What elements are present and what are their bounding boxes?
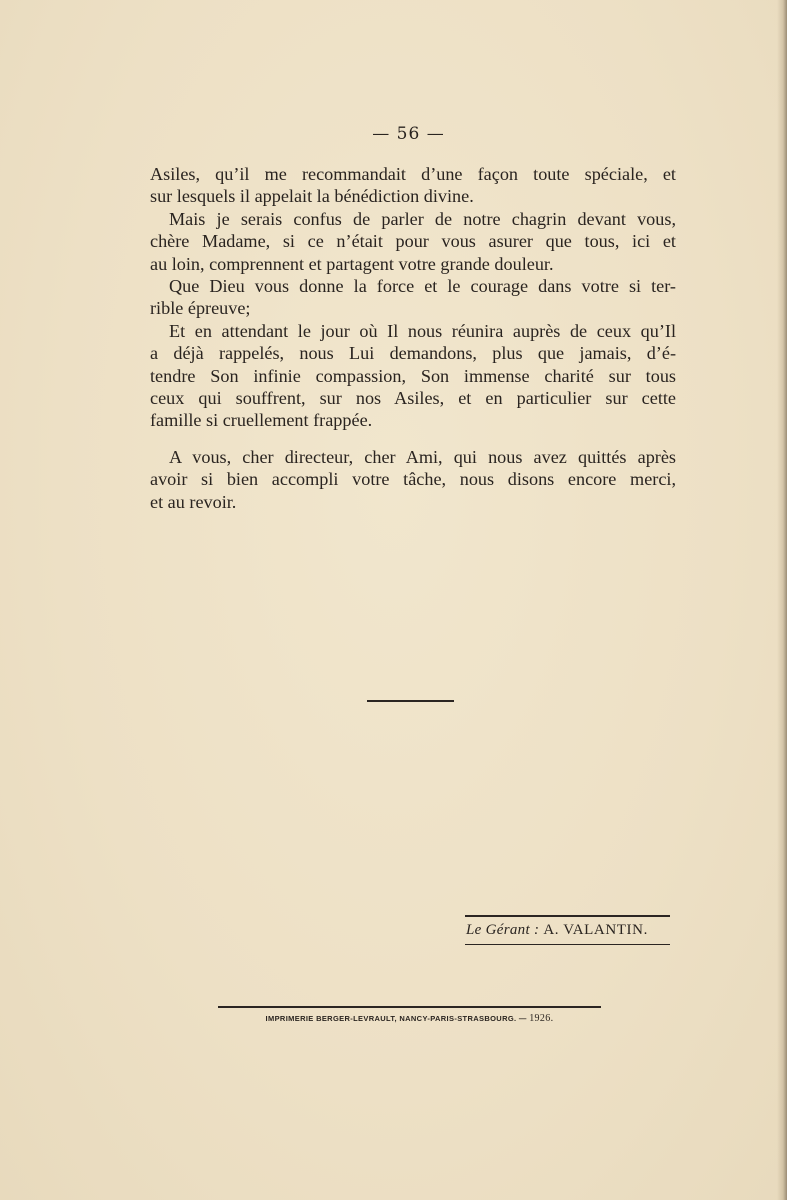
signature-bottom-rule bbox=[465, 944, 670, 946]
paragraph: Et en attendant le jour où Il nous réuni… bbox=[150, 320, 676, 432]
text-line: ceux qui souffrent, sur nos Asiles, et e… bbox=[150, 387, 676, 409]
text-line: chère Madame, si ce n’était pour vous as… bbox=[150, 230, 676, 252]
printer-colophon: IMPRIMERIE BERGER-LEVRAULT, NANCY-PARIS-… bbox=[218, 1006, 601, 1024]
paragraph: Mais je serais confus de parler de notre… bbox=[150, 208, 676, 275]
signature-block: Le Gérant : A. VALANTIN. bbox=[465, 915, 670, 945]
text-line: Asiles, qu’il me recommandait d’une faço… bbox=[150, 163, 676, 185]
text-line: sur lesquels il appelait la bénédiction … bbox=[150, 185, 676, 207]
text-line: rible épreuve; bbox=[150, 297, 676, 319]
page-number: — 56 — bbox=[0, 124, 787, 144]
document-page: — 56 — Asiles, qu’il me recommandait d’u… bbox=[0, 0, 787, 1200]
signature-role: Le Gérant : bbox=[466, 922, 539, 938]
paragraph: Que Dieu vous donne la force et le coura… bbox=[150, 275, 676, 320]
text-line: et au revoir. bbox=[150, 491, 676, 513]
colophon-text: IMPRIMERIE BERGER-LEVRAULT, NANCY-PARIS-… bbox=[218, 1008, 601, 1024]
body-text: Asiles, qu’il me recommandait d’une faço… bbox=[150, 163, 676, 513]
text-line: avoir si bien accompli votre tâche, nous… bbox=[150, 468, 676, 490]
signature-line: Le Gérant : A. VALANTIN. bbox=[465, 917, 670, 944]
text-line: famille si cruellement frappée. bbox=[150, 409, 676, 431]
text-line: Mais je serais confus de parler de notre… bbox=[150, 208, 676, 230]
text-line: Que Dieu vous donne la force et le coura… bbox=[150, 275, 676, 297]
paragraph: Asiles, qu’il me recommandait d’une faço… bbox=[150, 163, 676, 208]
section-divider bbox=[367, 700, 454, 702]
page-edge-shadow bbox=[777, 0, 787, 1200]
text-line: A vous, cher directeur, cher Ami, qui no… bbox=[150, 446, 676, 468]
text-line: tendre Son infinie compassion, Son immen… bbox=[150, 365, 676, 387]
text-line: Et en attendant le jour où Il nous réuni… bbox=[150, 320, 676, 342]
text-line: au loin, comprennent et partagent votre … bbox=[150, 253, 676, 275]
text-line: a déjà rappelés, nous Lui demandons, plu… bbox=[150, 342, 676, 364]
printer-imprint: IMPRIMERIE BERGER-LEVRAULT, NANCY-PARIS-… bbox=[266, 1014, 527, 1023]
printer-year: 1926. bbox=[529, 1013, 553, 1024]
signature-name: A. VALANTIN. bbox=[543, 922, 648, 938]
paragraph: A vous, cher directeur, cher Ami, qui no… bbox=[150, 446, 676, 513]
